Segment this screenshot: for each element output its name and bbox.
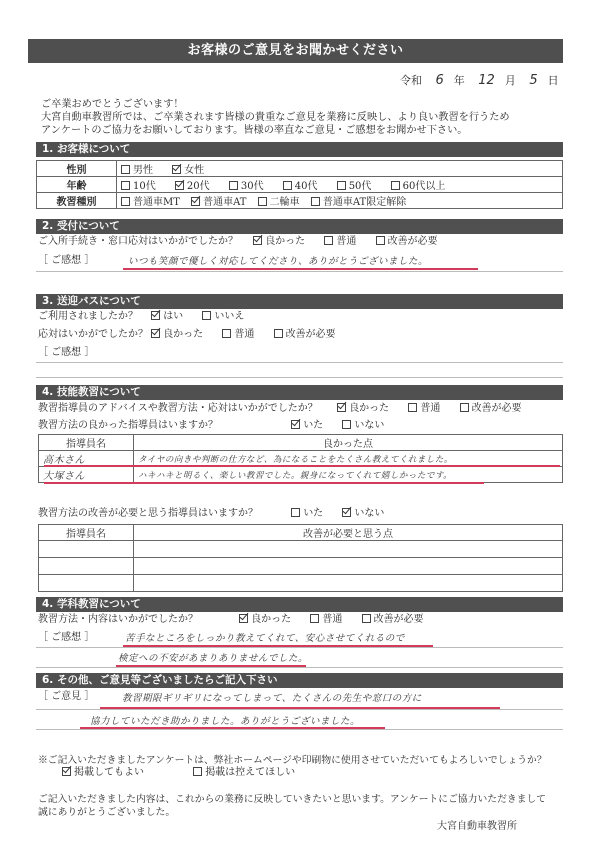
option-50s[interactable]: 50代 bbox=[337, 177, 372, 192]
option-label: 普通車MT bbox=[133, 197, 180, 208]
divider bbox=[36, 647, 563, 648]
option-needs-improvement[interactable]: 改善が必要 bbox=[460, 402, 522, 416]
checkbox-icon[interactable] bbox=[362, 614, 371, 623]
classroom-comment-line1[interactable]: 苦手なところをしっかり教えてくれて、安心させてくれるので bbox=[125, 630, 405, 644]
underline-mark bbox=[123, 268, 478, 270]
option-good[interactable]: 良かった bbox=[239, 613, 291, 627]
table-row bbox=[39, 558, 563, 575]
option-label: いいえ bbox=[214, 311, 244, 322]
divider bbox=[36, 667, 563, 668]
day-unit: 日 bbox=[548, 74, 559, 87]
option-label: 60代以上 bbox=[403, 181, 446, 192]
improve-point[interactable] bbox=[134, 558, 563, 575]
option-label: いた bbox=[303, 420, 323, 431]
option-label: 30代 bbox=[241, 181, 264, 192]
checkbox-icon[interactable] bbox=[202, 311, 211, 320]
option-at-limit-removal[interactable]: 普通車AT限定解除 bbox=[311, 193, 406, 208]
checkbox-icon[interactable] bbox=[342, 420, 351, 429]
course-options: 普通車MT 普通車AT 二輪車 普通車AT限定解除 bbox=[117, 193, 563, 209]
table-header: 指導員名 改善が必要と思う点 bbox=[39, 525, 563, 541]
reception-question-row: ご入所手続き・窓口応対はいかがでしたか？ 良かった 普通 改善が必要 bbox=[38, 235, 454, 249]
section-bus-header: 3. 送迎バスについて bbox=[36, 294, 563, 309]
option-needs-improvement[interactable]: 改善が必要 bbox=[274, 328, 336, 342]
checkbox-icon[interactable] bbox=[121, 165, 130, 174]
course-label: 教習種別 bbox=[37, 193, 117, 209]
intro-line: アンケートのご協力をお願いしております。皆様の率直なご意見・ご感想をお聞かせ下さ… bbox=[41, 124, 510, 137]
option-label: 改善が必要 bbox=[374, 614, 424, 625]
checkbox-checked-icon[interactable] bbox=[191, 197, 200, 206]
option-good[interactable]: 良かった bbox=[151, 328, 203, 342]
instructor-name[interactable] bbox=[39, 575, 134, 592]
option-good[interactable]: 良かった bbox=[253, 235, 305, 249]
gender-options: 男性 女性 bbox=[117, 161, 563, 177]
checkbox-checked-icon[interactable] bbox=[172, 165, 181, 174]
option-label: 20代 bbox=[187, 181, 210, 192]
bus-service-row: 応対はいかがでしたか？ 良かった 普通 改善が必要 bbox=[38, 328, 352, 342]
bus-usage-row: ご利用されましたか？ はい いいえ bbox=[38, 310, 260, 324]
instructor-name[interactable] bbox=[39, 558, 134, 575]
option-label: 改善が必要 bbox=[388, 236, 438, 247]
option-label: 良かった bbox=[349, 403, 389, 414]
improve-point[interactable] bbox=[134, 541, 563, 558]
improve-point[interactable] bbox=[134, 575, 563, 592]
good-point[interactable]: ハキハキと明るく、楽しい教習でした。親身になってくれて嬉しかったです。 bbox=[134, 467, 563, 483]
closing-line: 誠にありがとうございました。 bbox=[38, 806, 546, 819]
option-label: 10代 bbox=[133, 181, 156, 192]
underline-mark bbox=[44, 482, 484, 484]
option-normal[interactable]: 普通 bbox=[222, 328, 254, 342]
option-40s[interactable]: 40代 bbox=[283, 177, 318, 192]
option-needs-improvement[interactable]: 改善が必要 bbox=[362, 613, 424, 627]
option-yes[interactable]: いた bbox=[291, 419, 323, 433]
consent-options: 掲載してもよい 掲載は控えてほしい bbox=[62, 766, 311, 780]
section-customer-header: 1. お客様について bbox=[36, 142, 563, 157]
bus-usage-question: ご利用されましたか？ bbox=[38, 310, 148, 324]
option-male[interactable]: 男性 bbox=[121, 161, 153, 176]
option-label: 普通 bbox=[420, 403, 440, 414]
option-needs-improvement[interactable]: 改善が必要 bbox=[376, 235, 438, 249]
intro-line: ご卒業おめでとうございます！ bbox=[41, 98, 510, 111]
option-30s[interactable]: 30代 bbox=[229, 177, 264, 192]
checkbox-icon[interactable] bbox=[324, 236, 333, 245]
checkbox-icon[interactable] bbox=[310, 614, 319, 623]
reception-question: ご入所手続き・窓口応対はいかがでしたか？ bbox=[38, 235, 250, 249]
checkbox-icon[interactable] bbox=[311, 197, 320, 206]
option-label: 良かった bbox=[251, 614, 291, 625]
skill-instructor-question: 教習指導員のアドバイスや教習方法・応対はいかがでしたか？ bbox=[38, 402, 334, 416]
checkbox-icon[interactable] bbox=[337, 181, 346, 190]
checkbox-checked-icon[interactable] bbox=[253, 236, 262, 245]
option-normal[interactable]: 普通 bbox=[310, 613, 342, 627]
date-month[interactable]: 12 bbox=[478, 73, 495, 88]
option-label: いた bbox=[303, 508, 323, 519]
checkbox-icon[interactable] bbox=[121, 181, 130, 190]
checkbox-icon[interactable] bbox=[283, 181, 292, 190]
option-label: 40代 bbox=[295, 181, 318, 192]
divider bbox=[36, 377, 563, 378]
option-label: はい bbox=[163, 311, 183, 322]
age-label: 年齢 bbox=[37, 177, 117, 193]
option-label: 男性 bbox=[133, 165, 153, 176]
checkbox-icon[interactable] bbox=[376, 236, 385, 245]
instructor-name[interactable]: 大塚さん bbox=[39, 467, 134, 483]
option-decline-publish[interactable]: 掲載は控えてほしい bbox=[193, 766, 295, 780]
gender-label: 性別 bbox=[37, 161, 117, 177]
option-label: 改善が必要 bbox=[472, 403, 522, 414]
option-60s-plus[interactable]: 60代以上 bbox=[391, 177, 446, 192]
other-comment-label: ［ ご意見 ］ bbox=[38, 690, 94, 704]
age-options: 10代 20代 30代 40代 50代 60代以上 bbox=[117, 177, 563, 193]
reception-comment[interactable]: いつも笑顔で優しく対応してくださり、ありがとうございました。 bbox=[128, 253, 428, 267]
option-10s[interactable]: 10代 bbox=[121, 177, 156, 192]
classroom-question: 教習方法・内容はいかがでしたか？ bbox=[38, 613, 236, 627]
age-row: 年齢 10代 20代 30代 40代 50代 60代以上 bbox=[37, 177, 563, 193]
other-comment-line2[interactable]: 協力していただき助かりました。ありがとうございました。 bbox=[90, 713, 360, 727]
instructor-name[interactable] bbox=[39, 541, 134, 558]
good-instructor-table: 指導員名 良かった点 高木さん タイヤの向きや判断の仕方など、為になることをたく… bbox=[38, 434, 563, 483]
section-classroom-header: 4. 学科教習について bbox=[36, 597, 563, 612]
improve-instructor-row: 教習方法の改善が必要と思う指導員はいますか？ いた いない bbox=[38, 507, 400, 521]
option-at[interactable]: 普通車AT bbox=[191, 193, 246, 208]
column-header: 良かった点 bbox=[134, 435, 563, 451]
improve-instructor-table: 指導員名 改善が必要と思う点 bbox=[38, 524, 563, 592]
bus-comment-label: ［ ご感想 ］ bbox=[38, 346, 94, 360]
good-instructor-row: 教習方法の良かった指導員はいますか？ いた いない bbox=[38, 419, 400, 433]
option-label: 掲載してもよい bbox=[74, 767, 144, 778]
checkbox-checked-icon[interactable] bbox=[175, 181, 184, 190]
option-label: 良かった bbox=[265, 236, 305, 247]
checkbox-checked-icon[interactable] bbox=[337, 403, 346, 412]
checkbox-checked-icon[interactable] bbox=[151, 311, 160, 320]
option-label: 50代 bbox=[349, 181, 372, 192]
checkbox-icon[interactable] bbox=[121, 197, 130, 206]
reception-comment-label: ［ ご感想 ］ bbox=[38, 254, 94, 268]
option-label: いない bbox=[354, 420, 384, 431]
option-female[interactable]: 女性 bbox=[172, 161, 204, 176]
option-allow-publish[interactable]: 掲載してもよい bbox=[62, 766, 144, 780]
customer-info-table: 性別 男性 女性 年齢 10代 20代 30代 40代 50代 60代以上 教習… bbox=[36, 160, 563, 209]
option-normal[interactable]: 普通 bbox=[408, 402, 440, 416]
other-comment-line1[interactable]: 教習期限ギリギリになってしまって、たくさんの先生や窓口の方に bbox=[122, 690, 422, 704]
checkbox-icon[interactable] bbox=[274, 329, 283, 338]
course-row: 教習種別 普通車MT 普通車AT 二輪車 普通車AT限定解除 bbox=[37, 193, 563, 209]
date-era: 令和 bbox=[400, 74, 422, 87]
option-20s[interactable]: 20代 bbox=[175, 177, 210, 192]
month-unit: 月 bbox=[505, 74, 516, 87]
form-title: お客様のご意見をお聞かせください bbox=[28, 39, 563, 63]
checkbox-icon[interactable] bbox=[258, 197, 267, 206]
improve-instructor-question: 教習方法の改善が必要と思う指導員はいますか？ bbox=[38, 507, 288, 521]
option-label: 二輪車 bbox=[270, 197, 300, 208]
option-label: いない bbox=[354, 508, 384, 519]
option-motorcycle[interactable]: 二輪車 bbox=[258, 193, 300, 208]
option-label: 普通車AT限定解除 bbox=[323, 197, 406, 208]
option-yes[interactable]: はい bbox=[151, 310, 183, 324]
bus-service-question: 応対はいかがでしたか？ bbox=[38, 328, 148, 342]
section-reception-header: 2. 受付について bbox=[36, 219, 563, 234]
checkbox-icon[interactable] bbox=[229, 181, 238, 190]
date-day[interactable]: 5 bbox=[529, 73, 537, 88]
checkbox-icon[interactable] bbox=[460, 403, 469, 412]
option-label: 女性 bbox=[184, 165, 204, 176]
option-normal[interactable]: 普通 bbox=[324, 235, 356, 249]
option-no[interactable]: いいえ bbox=[202, 310, 244, 324]
table-row bbox=[39, 575, 563, 592]
option-good[interactable]: 良かった bbox=[337, 402, 389, 416]
skill-instructor-row: 教習指導員のアドバイスや教習方法・応対はいかがでしたか？ 良かった 普通 改善が… bbox=[38, 402, 538, 416]
closing-text: ご記入いただきました内容は、これからの業務に反映していきたいと思います。アンケー… bbox=[38, 793, 546, 819]
checkbox-icon[interactable] bbox=[391, 181, 400, 190]
classroom-comment-label: ［ ご感想 ］ bbox=[38, 631, 94, 645]
underline-mark bbox=[44, 465, 560, 467]
option-yes[interactable]: いた bbox=[291, 507, 323, 521]
good-instructor-question: 教習方法の良かった指導員はいますか？ bbox=[38, 419, 288, 433]
option-label: 掲載は控えてほしい bbox=[205, 767, 295, 778]
school-signature: 大宮自動車教習所 bbox=[437, 820, 517, 833]
section-other-header: 6. その他、ご意見等ございましたらご記入下さい bbox=[36, 673, 563, 688]
divider bbox=[36, 271, 563, 272]
option-label: 普通車AT bbox=[203, 197, 246, 208]
checkbox-icon[interactable] bbox=[222, 329, 231, 338]
option-label: 普通 bbox=[336, 236, 356, 247]
date-year[interactable]: 6 bbox=[436, 73, 444, 88]
checkbox-checked-icon[interactable] bbox=[151, 329, 160, 338]
checkbox-checked-icon[interactable] bbox=[239, 614, 248, 623]
table-row: 大塚さん ハキハキと明るく、楽しい教習でした。親身になってくれて嬉しかったです。 bbox=[39, 467, 563, 483]
gender-row: 性別 男性 女性 bbox=[37, 161, 563, 177]
checkbox-checked-icon[interactable] bbox=[342, 508, 351, 517]
intro-line: 大宮自動車教習所では、ご卒業されます皆様の貴重なご意見を業務に反映し、より良い教… bbox=[41, 111, 510, 124]
option-label: 良かった bbox=[163, 329, 203, 340]
table-row bbox=[39, 541, 563, 558]
checkbox-checked-icon[interactable] bbox=[62, 767, 71, 776]
divider bbox=[36, 709, 563, 710]
column-header: 指導員名 bbox=[39, 435, 134, 451]
option-mt[interactable]: 普通車MT bbox=[121, 193, 180, 208]
closing-line: ご記入いただきました内容は、これからの業務に反映していきたいと思います。アンケー… bbox=[38, 793, 546, 806]
option-label: 普通 bbox=[322, 614, 342, 625]
divider bbox=[36, 729, 563, 730]
option-no[interactable]: いない bbox=[342, 419, 384, 433]
column-header: 改善が必要と思う点 bbox=[134, 525, 563, 541]
year-unit: 年 bbox=[454, 74, 465, 87]
option-no[interactable]: いない bbox=[342, 507, 384, 521]
checkbox-checked-icon[interactable] bbox=[291, 420, 300, 429]
option-label: 普通 bbox=[234, 329, 254, 340]
column-header: 指導員名 bbox=[39, 525, 134, 541]
classroom-comment-line2[interactable]: 検定への不安があまりありませんでした。 bbox=[118, 650, 308, 664]
section-skill-header: 4. 技能教習について bbox=[36, 385, 563, 400]
divider bbox=[36, 362, 563, 363]
classroom-question-row: 教習方法・内容はいかがでしたか？ 良かった 普通 改善が必要 bbox=[38, 613, 440, 627]
checkbox-icon[interactable] bbox=[291, 508, 300, 517]
table-header: 指導員名 良かった点 bbox=[39, 435, 563, 451]
checkbox-icon[interactable] bbox=[193, 767, 202, 776]
intro-text: ご卒業おめでとうございます！ 大宮自動車教習所では、ご卒業されます皆様の貴重なご… bbox=[41, 98, 510, 137]
date-field: 令和 6年 12月 5日 bbox=[400, 72, 559, 88]
option-label: 改善が必要 bbox=[286, 329, 336, 340]
checkbox-icon[interactable] bbox=[408, 403, 417, 412]
